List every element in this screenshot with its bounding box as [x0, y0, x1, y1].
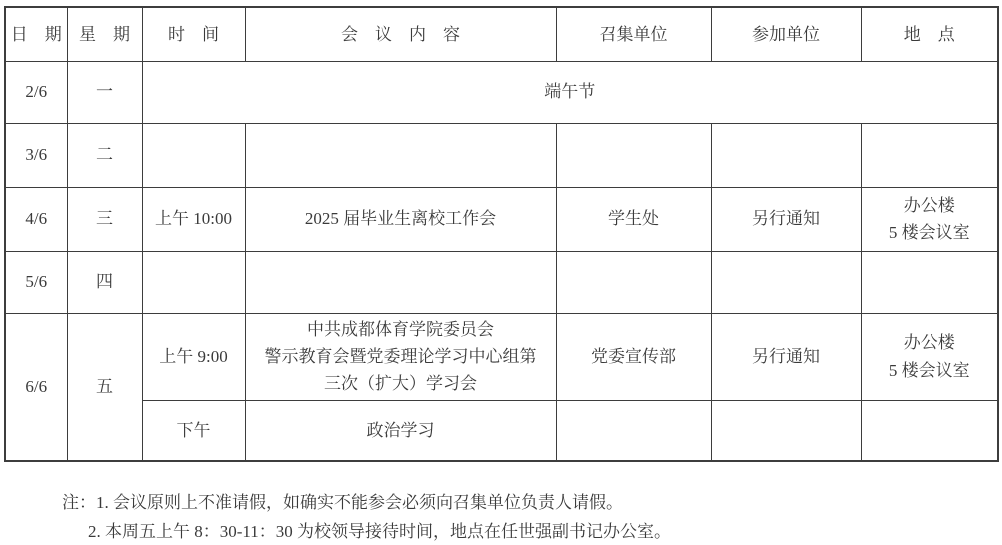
date-cell: 3/6 — [5, 123, 67, 187]
content-cell: 政治学习 — [245, 400, 556, 461]
table-row-tuesday: 3/6 二 — [5, 123, 998, 187]
content-cell — [245, 123, 556, 187]
date-cell: 2/6 — [5, 61, 67, 123]
time-cell: 上午 10:00 — [142, 187, 245, 251]
date-cell: 5/6 — [5, 251, 67, 313]
table-row-friday-morning: 6/6 五 上午 9:00 中共成都体育学院委员会 警示教育会暨党委理论学习中心… — [5, 313, 998, 400]
participants-cell — [711, 400, 861, 461]
location-cell — [861, 123, 998, 187]
note-line-2: 2. 本周五上午 8：30-11：30 为校领导接待时间，地点在任世强副书记办公… — [62, 517, 671, 545]
col-header-participants: 参加单位 — [711, 7, 861, 61]
table-row-friday-afternoon: 下午 政治学习 — [5, 400, 998, 461]
participants-cell: 另行通知 — [711, 187, 861, 251]
weekday-cell: 二 — [67, 123, 142, 187]
convener-cell — [556, 123, 711, 187]
header-row: 日 期 星 期 时 间 会 议 内 容 召集单位 参加单位 地 点 — [5, 7, 998, 61]
weekday-cell: 三 — [67, 187, 142, 251]
col-header-date: 日 期 — [5, 7, 67, 61]
convener-cell: 学生处 — [556, 187, 711, 251]
weekday-cell: 一 — [67, 61, 142, 123]
content-cell: 2025 届毕业生离校工作会 — [245, 187, 556, 251]
convener-cell — [556, 251, 711, 313]
content-cell — [245, 251, 556, 313]
location-cell: 办公楼 5 楼会议室 — [861, 187, 998, 251]
weekday-cell: 五 — [67, 313, 142, 461]
date-cell: 6/6 — [5, 313, 67, 461]
holiday-merged-cell: 端午节 — [142, 61, 998, 123]
table-row-monday: 2/6 一 端午节 — [5, 61, 998, 123]
date-cell: 4/6 — [5, 187, 67, 251]
col-header-convener: 召集单位 — [556, 7, 711, 61]
note-line-1: 注：1. 会议原则上不准请假，如确实不能参会必须向召集单位负责人请假。 — [62, 488, 671, 517]
participants-cell — [711, 123, 861, 187]
time-cell: 上午 9:00 — [142, 313, 245, 400]
table-row-wednesday: 4/6 三 上午 10:00 2025 届毕业生离校工作会 学生处 另行通知 办… — [5, 187, 998, 251]
time-cell — [142, 123, 245, 187]
col-header-content: 会 议 内 容 — [245, 7, 556, 61]
participants-cell — [711, 251, 861, 313]
convener-cell: 党委宣传部 — [556, 313, 711, 400]
weekday-cell: 四 — [67, 251, 142, 313]
time-cell: 下午 — [142, 400, 245, 461]
time-cell — [142, 251, 245, 313]
participants-cell: 另行通知 — [711, 313, 861, 400]
col-header-time: 时 间 — [142, 7, 245, 61]
content-cell: 中共成都体育学院委员会 警示教育会暨党委理论学习中心组第 三次（扩大）学习会 — [245, 313, 556, 400]
col-header-location: 地 点 — [861, 7, 998, 61]
col-header-weekday: 星 期 — [67, 7, 142, 61]
table-row-thursday: 5/6 四 — [5, 251, 998, 313]
location-cell: 办公楼 5 楼会议室 — [861, 313, 998, 400]
footnotes: 注：1. 会议原则上不准请假，如确实不能参会必须向召集单位负责人请假。 2. 本… — [62, 488, 671, 545]
location-cell — [861, 400, 998, 461]
location-cell — [861, 251, 998, 313]
convener-cell — [556, 400, 711, 461]
meeting-schedule-table: 日 期 星 期 时 间 会 议 内 容 召集单位 参加单位 地 点 2/6 一 … — [4, 6, 999, 462]
